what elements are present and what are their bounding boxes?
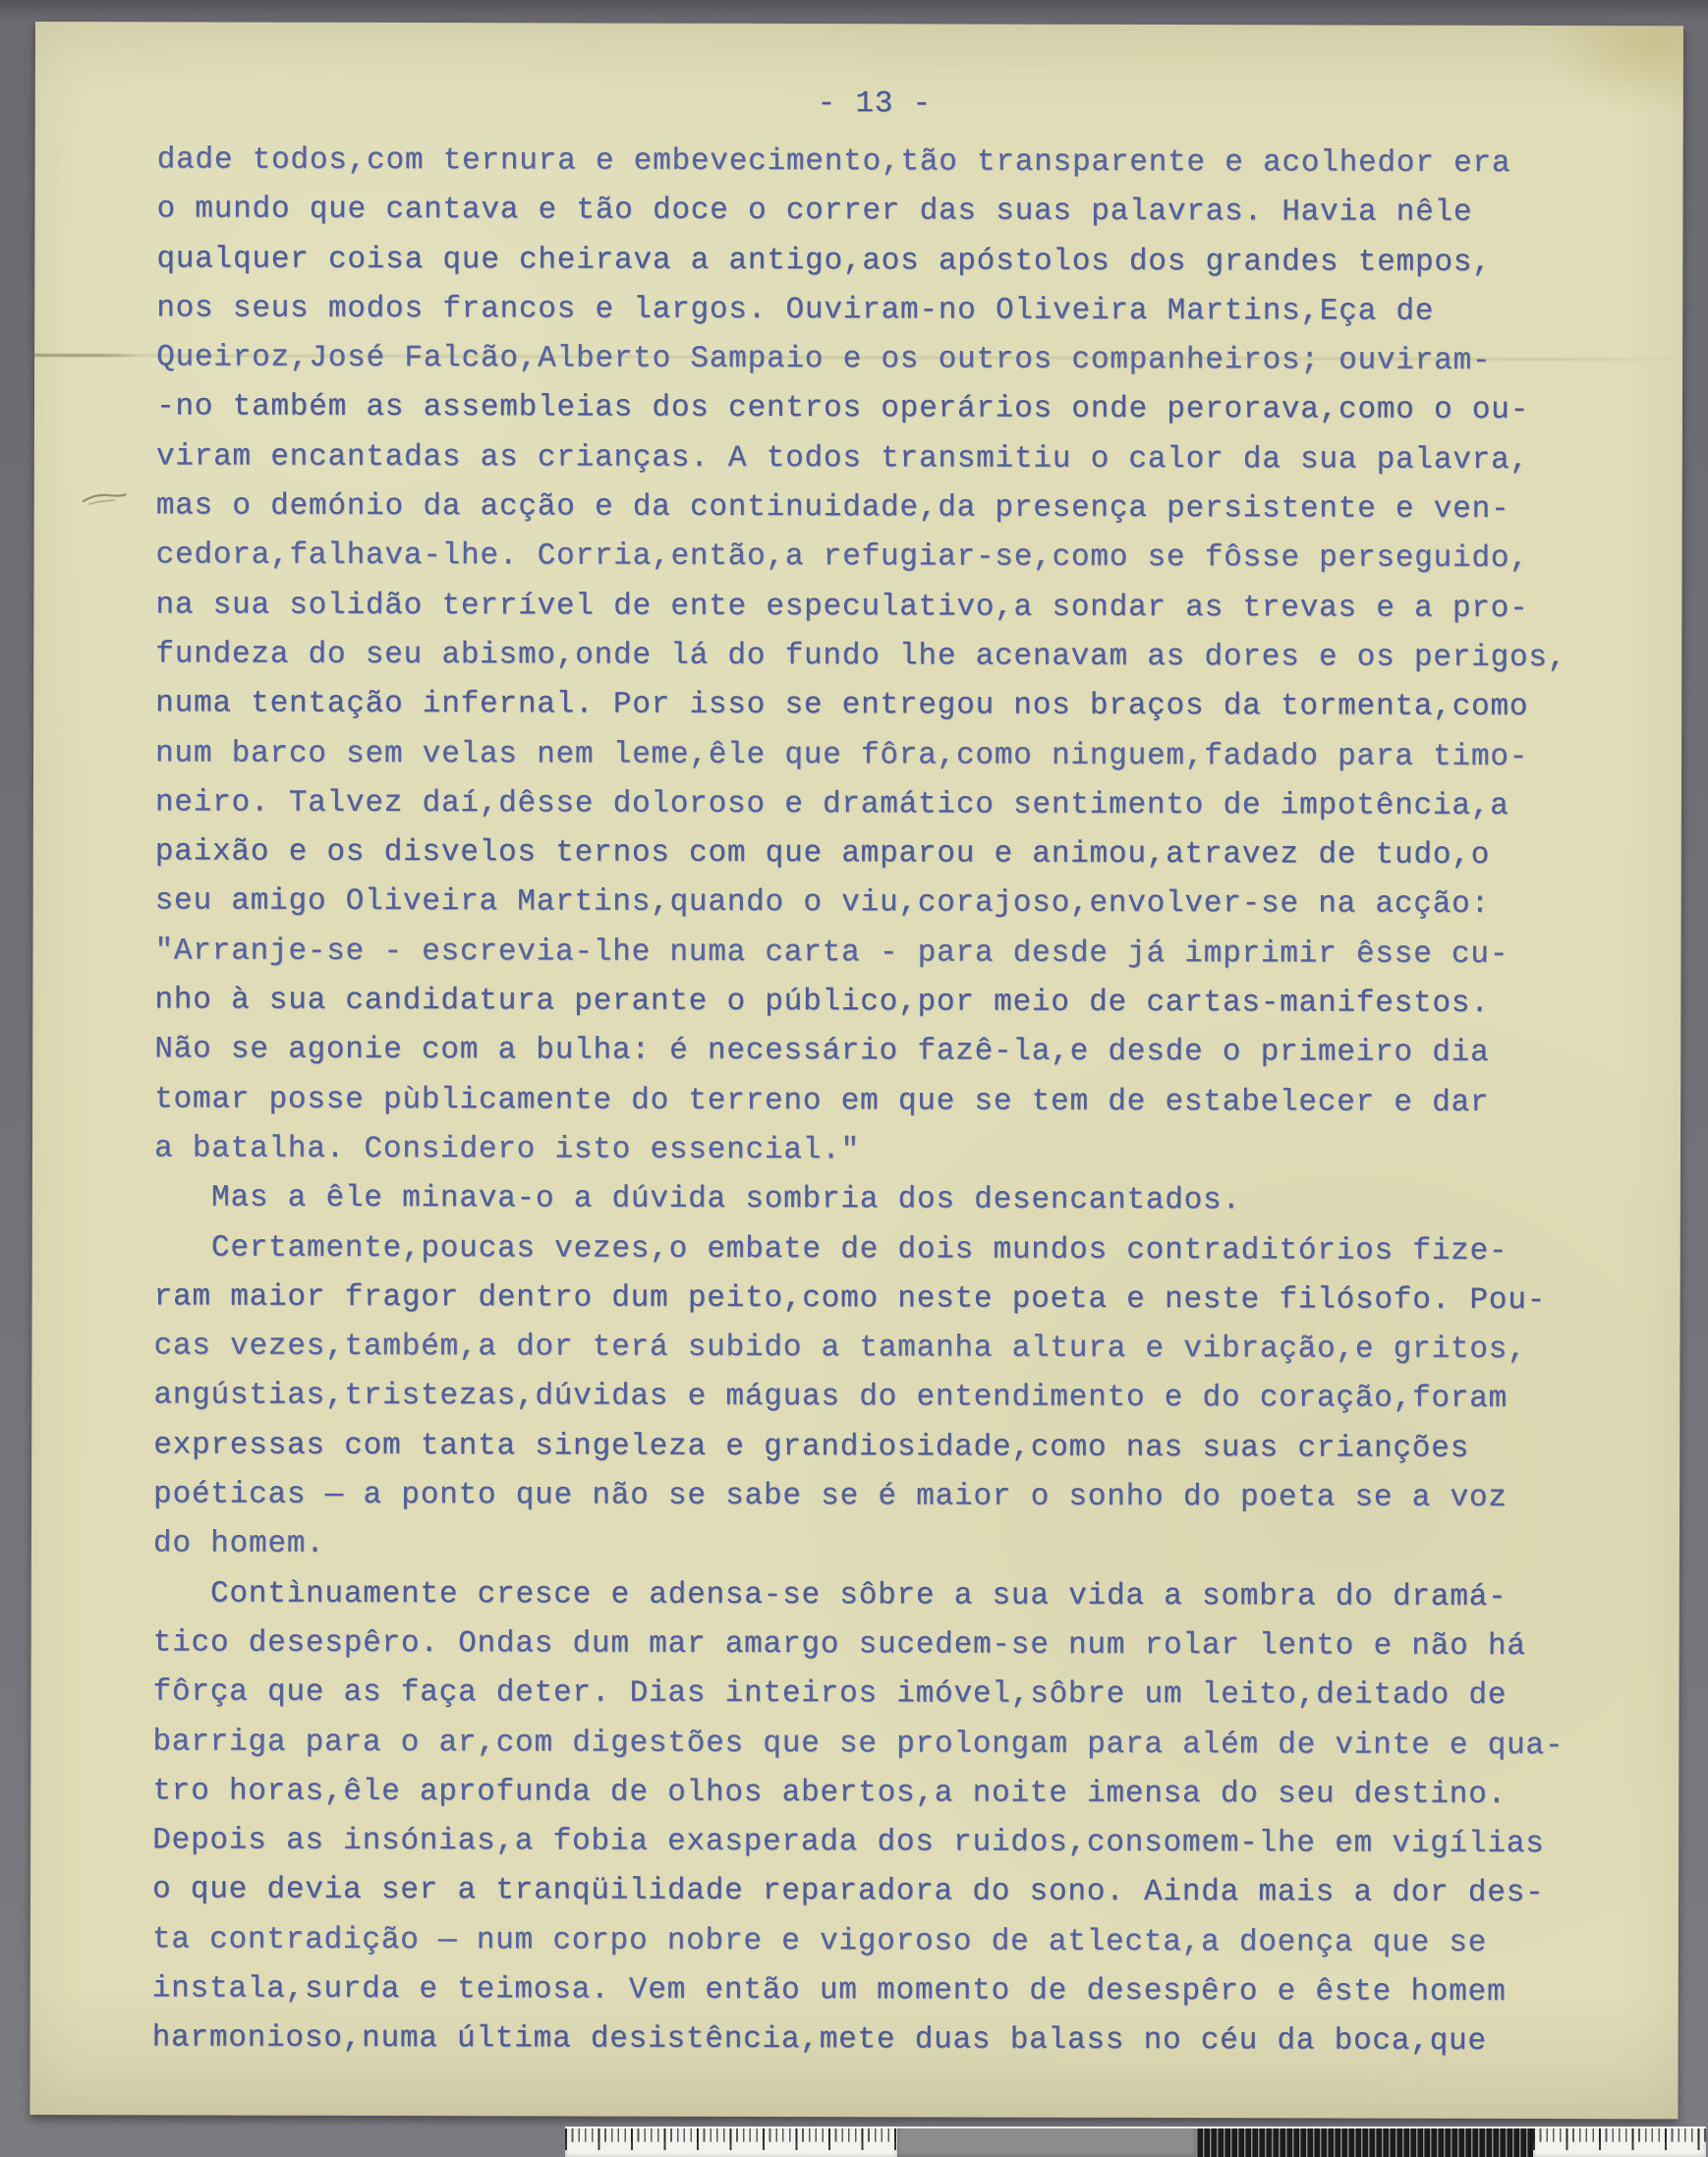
text-line: neiro. Talvez daí,dêsse doloroso e dramá… [155, 778, 1620, 831]
scale-bar-ruler-white-right [1533, 2127, 1706, 2157]
text-line: Mas a êle minava-o a dúvida sombria dos … [154, 1174, 1619, 1227]
text-line: Depois as insónias,a fobia exasperada do… [152, 1816, 1617, 1869]
text-line: barriga para o ar,com digestões que se p… [152, 1718, 1617, 1771]
text-line: do homem. [153, 1520, 1618, 1573]
text-line: dade todos,com ternura e embevecimento,t… [157, 136, 1622, 189]
text-line: poéticas — a ponto que não se sabe se é … [153, 1470, 1618, 1523]
text-line: mas o demónio da acção e da continuidade… [156, 482, 1621, 535]
manuscript-page: - 13 - dade todos,com ternura e embeveci… [29, 22, 1683, 2119]
text-line: ram maior fragor dentro dum peito,como n… [154, 1273, 1619, 1326]
scale-bar-gray-card [897, 2127, 1196, 2157]
text-line: num barco sem velas nem leme,êle que fôr… [155, 729, 1620, 782]
text-line: "Arranje-se - escrevia-lhe numa carta - … [154, 927, 1619, 980]
text-line: fundeza do seu abismo,onde lá do fundo l… [155, 630, 1620, 683]
text-line: ta contradição — num corpo nobre e vigor… [152, 1915, 1617, 1968]
text-line: cas vezes,também,a dor terá subido a tam… [153, 1322, 1618, 1375]
text-line: Não se agonie com a bulha: é necessário … [154, 1026, 1619, 1079]
text-line: instala,surda e teimosa. Vem então um mo… [152, 1964, 1617, 2017]
text-line: o mundo que cantava e tão doce o correr … [156, 186, 1621, 239]
text-line: qualquer coisa que cheirava a antigo,aos… [156, 235, 1621, 288]
page-number: - 13 - [157, 85, 1592, 123]
text-lines: dade todos,com ternura e embevecimento,t… [152, 136, 1622, 2067]
scale-bar-ruler-white-left [565, 2127, 897, 2157]
text-line: Queiroz,José Falcão,Alberto Sampaio e os… [156, 334, 1621, 387]
text-line: angústias,tristezas,dúvidas e máguas do … [153, 1372, 1618, 1425]
text-line: paixão e os disvelos ternos com que ampa… [155, 827, 1620, 880]
text-line: cedora,falhava-lhe. Corria,então,a refug… [156, 532, 1621, 585]
text-line: o que devia ser a tranqüilidade reparado… [152, 1866, 1617, 1919]
text-line: nos seus modos francos e largos. Ouviram… [156, 284, 1621, 337]
text-line: na sua solidão terrível de ente especula… [155, 581, 1620, 634]
text-line: tomar posse pùblicamente do terreno em q… [154, 1075, 1619, 1128]
photo-scale-bar [565, 2127, 1708, 2157]
text-line: tro horas,êle aprofunda de olhos abertos… [152, 1767, 1617, 1820]
text-line: numa tentação infernal. Por isso se entr… [155, 680, 1620, 733]
text-line: nho à sua candidatura perante o público,… [154, 976, 1619, 1029]
scale-bar-ruler-black [1196, 2127, 1533, 2157]
photo-background: { "photo": { "background_color": "#706f7… [0, 0, 1708, 2157]
text-line: Certamente,poucas vezes,o embate de dois… [154, 1223, 1619, 1277]
text-line: viram encantadas as crianças. A todos tr… [156, 432, 1621, 485]
text-line: Contìnuamente cresce e adensa-se sôbre a… [153, 1569, 1618, 1622]
text-line: expressas com tanta singeleza e grandios… [153, 1421, 1618, 1474]
text-line: -no também as assembleias dos centros op… [156, 383, 1621, 436]
text-line: tico desespêro. Ondas dum mar amargo suc… [153, 1618, 1618, 1672]
text-line: a batalha. Considero isto essencial." [154, 1124, 1619, 1177]
margin-pencil-mark [82, 487, 129, 511]
text-line: harmonioso,numa última desistência,mete … [152, 2015, 1617, 2068]
text-line: seu amigo Oliveira Martins,quando o viu,… [155, 878, 1620, 931]
text-line: fôrça que as faça deter. Dias inteiros i… [152, 1669, 1617, 1722]
